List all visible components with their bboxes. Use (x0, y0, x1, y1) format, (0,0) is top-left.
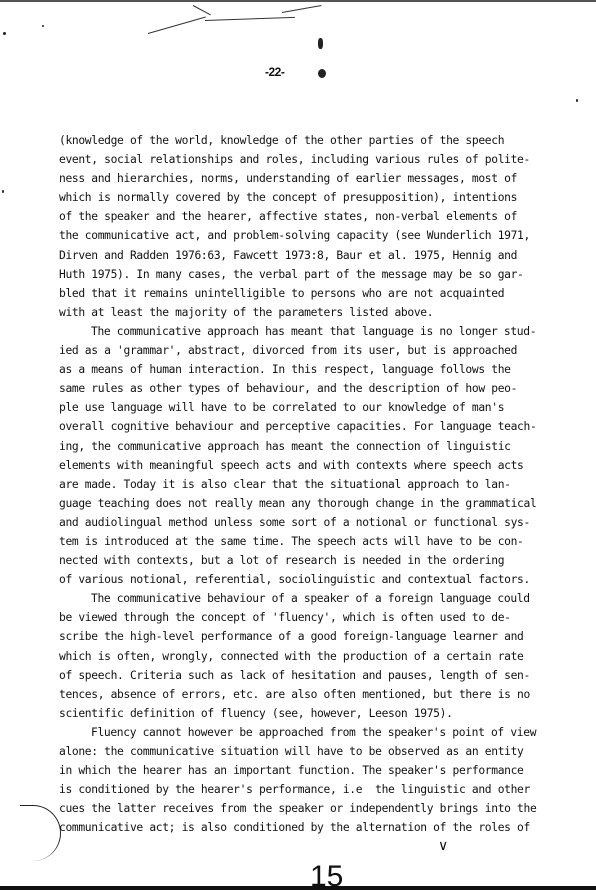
text-line: alone: the communicative situation will … (59, 742, 559, 762)
scan-top-edge (0, 0, 596, 2)
paragraph: Fluency cannot however be approached fro… (59, 723, 559, 838)
text-line: (knowledge of the world, knowledge of th… (59, 131, 559, 151)
text-line: scientific definition of fluency (see, h… (59, 703, 559, 723)
text-line: which is often, wrongly, connected with … (59, 646, 559, 666)
page-number-top: -22- (265, 65, 284, 79)
text-line: The communicative approach has meant tha… (59, 321, 559, 341)
paragraph: The communicative behaviour of a speaker… (59, 589, 559, 723)
text-line: and audiolingual method unless some sort… (59, 512, 559, 532)
text-line: communicative act; is also conditioned b… (59, 818, 559, 838)
ink-blot (318, 38, 323, 49)
body-text: (knowledge of the world, knowledge of th… (59, 131, 559, 837)
scan-artifact-stroke (193, 5, 211, 15)
check-mark-icon: ∨ (438, 838, 448, 854)
margin-bracket-mark (20, 805, 61, 861)
text-line: guage teaching does not really mean any … (59, 493, 559, 513)
text-line: of speech. Criteria such as lack of hesi… (59, 665, 559, 685)
text-line: nected with contexts, but a lot of resea… (59, 551, 559, 571)
paragraph: (knowledge of the world, knowledge of th… (59, 131, 559, 322)
text-line: Dirven and Radden 1976:63, Fawcett 1973:… (59, 245, 559, 265)
scan-artifact-stroke (282, 5, 322, 13)
text-line: ness and hierarchies, norms, understandi… (59, 169, 559, 189)
text-line: of the speaker and the hearer, affective… (59, 207, 559, 227)
scan-speck (3, 32, 6, 35)
text-line: ied as a 'grammar', abstract, divorced f… (59, 341, 559, 361)
text-line: bled that it remains unintelligible to p… (59, 283, 559, 303)
text-line: are made. Today it is also clear that th… (59, 474, 559, 494)
scan-speck (576, 99, 578, 102)
text-line: in which the hearer has an important fun… (59, 761, 559, 781)
text-line: event, social relationships and roles, i… (59, 150, 559, 170)
text-line: with at least the majority of the parame… (59, 302, 559, 322)
text-line: scribe the high-level performance of a g… (59, 627, 559, 647)
scan-bottom-edge (0, 886, 596, 890)
text-line: elements with meaningful speech acts and… (59, 455, 559, 475)
ink-blot (318, 69, 326, 78)
text-line: same rules as other types of behaviour, … (59, 379, 559, 399)
text-line: as a means of human interaction. In this… (59, 360, 559, 380)
text-line: the communicative act, and problem-solvi… (59, 226, 559, 246)
text-line: tences, absence of errors, etc. are also… (59, 684, 559, 704)
scan-artifact-stroke (205, 17, 295, 21)
scan-artifact-stroke (148, 16, 206, 33)
text-line: of various notional, referential, sociol… (59, 570, 559, 590)
text-line: overall cognitive behaviour and percepti… (59, 417, 559, 437)
text-line: which is normally covered by the concept… (59, 188, 559, 208)
text-line: ing, the communicative approach has mean… (59, 436, 559, 456)
paragraph: The communicative approach has meant tha… (59, 322, 559, 589)
text-line: tem is introduced at the same time. The … (59, 531, 559, 551)
text-line: cues the latter receives from the speake… (59, 799, 559, 819)
text-line: be viewed through the concept of 'fluenc… (59, 608, 559, 628)
scan-speck (42, 25, 44, 27)
text-line: ple use language will have to be correla… (59, 398, 559, 418)
scan-speck (2, 190, 4, 193)
text-line: is conditioned by the hearer's performan… (59, 780, 559, 800)
text-line: The communicative behaviour of a speaker… (59, 589, 559, 609)
text-line: Fluency cannot however be approached fro… (59, 722, 559, 742)
text-line: Huth 1975). In many cases, the verbal pa… (59, 264, 559, 284)
